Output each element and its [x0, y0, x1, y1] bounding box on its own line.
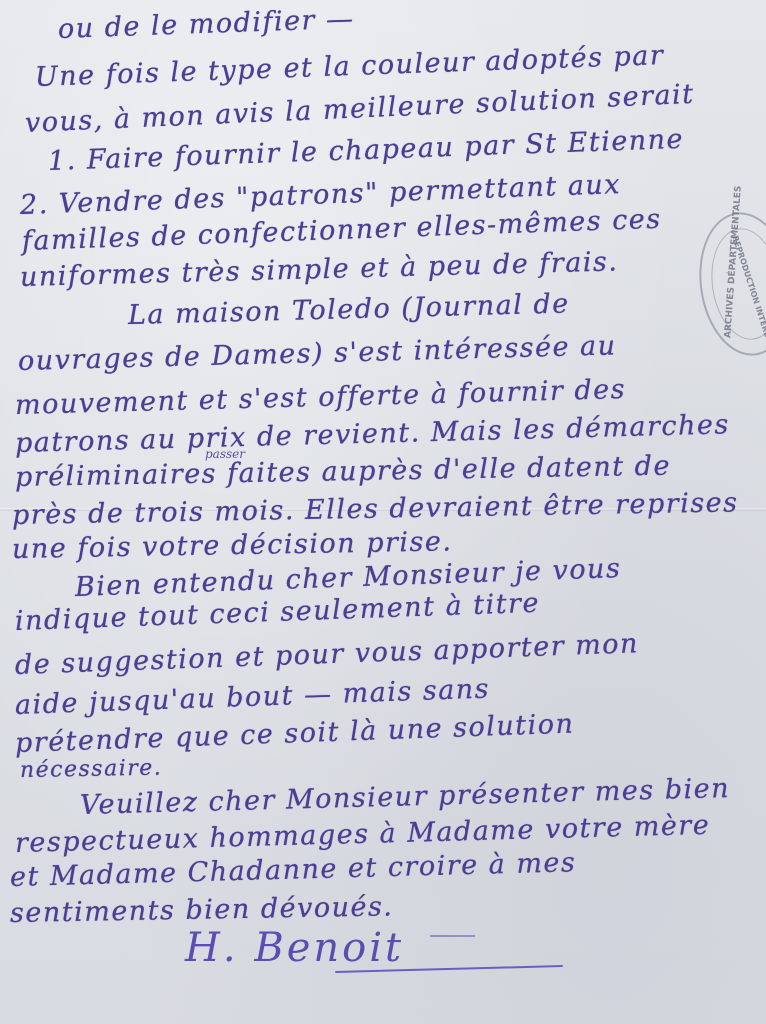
signature-mark — [430, 935, 475, 937]
signature: H. Benoit — [185, 925, 404, 971]
letter-line-20: nécessaire. — [20, 756, 163, 783]
